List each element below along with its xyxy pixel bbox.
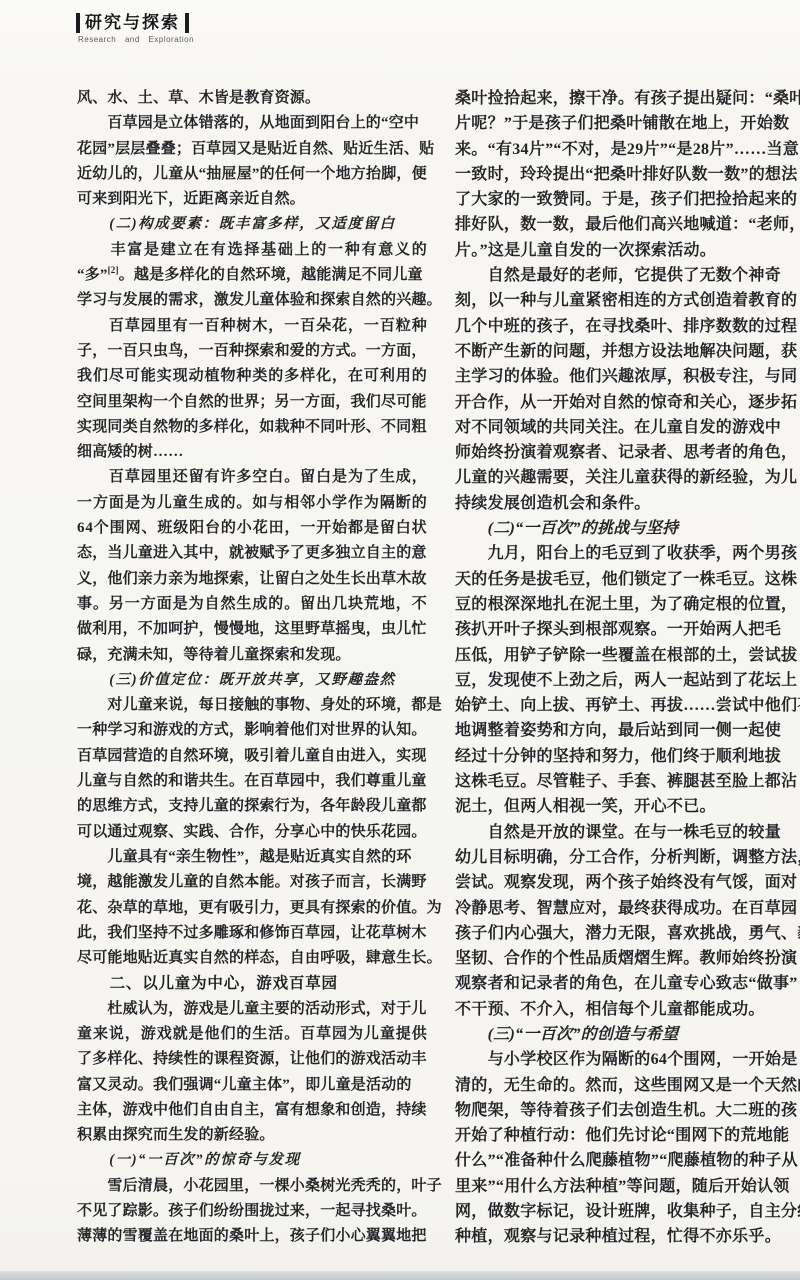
text-line: 片。”这是儿童自发的一次探索活动。 <box>455 238 800 263</box>
text-line: 丰富是建立在有选择基础上的一种有意义的 <box>77 238 427 263</box>
text-line: 自然是最好的老师，它提供了无数个神奇 <box>455 263 800 288</box>
text-line: 碌，充满未知，等待着儿童探索和发现。 <box>77 643 427 668</box>
text-line: 不见了踪影。孩子们纷纷围拢过来，一起寻找桑叶。 <box>77 1199 427 1224</box>
text-line: 花、杂草的草地，更有吸引力，更具有探索的价值。为 <box>77 896 427 921</box>
text-line: 一致时，玲玲提出“把桑叶排好队数一数”的想法 <box>455 162 800 187</box>
text-line: 此，我们坚持不过多雕琢和修饰百草园，让花草树木 <box>77 921 427 946</box>
text-line: 尝试。观察发现，两个孩子始终没有气馁，面对 <box>455 870 800 895</box>
text-line: 几个中班的孩子，在寻找桑叶、排序数数的过程 <box>455 314 800 339</box>
subsection-heading: (二)构成要素：既丰富多样，又适度留白 <box>77 212 427 237</box>
text-line: 一方面是为儿童生成的。如与相邻小学作为隔断的 <box>77 491 427 516</box>
text-line: 对不同领域的共同关注。在儿童自发的游戏中 <box>455 415 800 440</box>
text-line: 尽可能地贴近真实自然的样态，自由呼吸，肆意生长。 <box>77 946 427 971</box>
subsection-heading: (二)“一百次”的挑战与坚持 <box>455 516 800 541</box>
text-line: 细高矮的树…… <box>77 440 427 465</box>
text-line: 坚韧、合作的个性品质熠熠生辉。教师始终扮演 <box>455 946 800 971</box>
section-title-english: Research and Exploration <box>76 35 194 44</box>
text-line: 压低，用铲子铲除一些覆盖在根部的土，尝试拔 <box>455 643 800 668</box>
text-line: 天的任务是拔毛豆，他们锁定了一株毛豆。这株 <box>455 567 800 592</box>
text-line: 64个围网、班级阳台的小花田，一开始都是留白状 <box>77 516 427 541</box>
text-line: 风、水、土、草、木皆是教育资源。 <box>77 86 427 111</box>
text-line: 义，他们亲力亲为地探索，让留白之处生长出草木故 <box>77 567 427 592</box>
text-line: 可以通过观察、实践、合作，分享心中的快乐花园。 <box>77 820 427 845</box>
text-line: 花园”层层叠叠；百草园又是贴近自然、贴近生活、贴 <box>77 137 427 162</box>
text-line: 了多样化、持续性的课程资源，让他们的游戏活动丰 <box>77 1047 427 1072</box>
text-line: 与小学校区作为隔断的64个围网，一开始是 <box>455 1047 800 1072</box>
text-line: 孩扒开叶子探头到根部观察。一开始两人把毛 <box>455 617 800 642</box>
text-line: 片呢？”于是孩子们把桑叶铺散在地上，开始数 <box>455 111 800 136</box>
text-line: 一种学习和游戏的方式，影响着他们对世界的认知。 <box>77 718 427 743</box>
text-line: 这株毛豆。尽管鞋子、手套、裤腿甚至脸上都沾 <box>455 769 800 794</box>
text-line: 地调整着姿势和方向，最后站到同一侧一起使 <box>455 718 800 743</box>
text-line: “多”[2]。越是多样化的自然环境，越能满足不同儿童 <box>77 263 427 288</box>
journal-section-logo: 研究与探索 Research and Exploration <box>76 13 194 44</box>
section-title-chinese: 研究与探索 <box>76 13 189 33</box>
text-line: 百草园是立体错落的，从地面到阳台上的“空中 <box>77 111 427 136</box>
text-line: 豆，发现使不上劲之后，两人一起站到了花坛上 <box>455 668 800 693</box>
text-line: 幼儿目标明确，分工合作，分析判断，调整方法， <box>455 845 800 870</box>
text-line: 主学习的体验。他们兴趣浓厚，积极专注，与同 <box>455 364 800 389</box>
text-line: 可来到阳光下，近距离亲近自然。 <box>77 187 427 212</box>
text-line: 自然是开放的课堂。在与一株毛豆的较量 <box>455 820 800 845</box>
text-line: 豆的根深深地扎在泥土里，为了确定根的位置， <box>455 592 800 617</box>
text-line: 子，一百只虫鸟，一百种探索和爱的方式。一方面， <box>77 339 427 364</box>
text-line: 始铲土、向上拔、再铲土、再拔……尝试中他们不 <box>455 693 800 718</box>
text-line: 儿童与自然的和谐共生。在百草园中，我们尊重儿童 <box>77 769 427 794</box>
text-line: 薄薄的雪覆盖在地面的桑叶上，孩子们小心翼翼地把 <box>77 1224 427 1249</box>
text-line: 孩子们内心强大，潜力无限，喜欢挑战，勇气、毅 <box>455 921 800 946</box>
text-line: 什么”“准备种什么爬藤植物”“爬藤植物的种子从 <box>455 1148 800 1173</box>
text-line: 主体，游戏中他们自由自主，富有想象和创造，持续 <box>77 1098 427 1123</box>
section-heading: 二、以儿童为中心，游戏百草园 <box>77 971 427 996</box>
text-line: 不干预、不介入，相信每个儿童都能成功。 <box>455 997 800 1022</box>
text-line: 里来”“用什么方法种植”等问题，随后开始认领 <box>455 1174 800 1199</box>
text-line: 不断产生新的问题，并想方设法地解决问题，获 <box>455 339 800 364</box>
text-line: 实现同类自然物的多样化，如栽种不同叶形、不同粗 <box>77 415 427 440</box>
right-text-column: 桑叶捡拾起来，擦干净。有孩子提出疑问：“桑叶片呢？”于是孩子们把桑叶铺散在地上，… <box>455 86 800 1250</box>
text-line: 积累由探究而生发的新经验。 <box>77 1123 427 1148</box>
text-line: 冷静思考、智慧应对，最终获得成功。在百草园 <box>455 896 800 921</box>
text-line: 百草园营造的自然环境，吸引着儿童自由进入，实现 <box>77 744 427 769</box>
text-line: 刻，以一种与儿童紧密相连的方式创造着教育的 <box>455 288 800 313</box>
text-line: 事。另一方面是为自然生成的。留出几块荒地，不 <box>77 592 427 617</box>
text-line: 雪后清晨，小花园里，一棵小桑树光秃秃的，叶子 <box>77 1174 427 1199</box>
text-line: 网，做数字标记，设计班牌，收集种子，自主分组 <box>455 1199 800 1224</box>
scan-edge-band <box>0 1271 800 1280</box>
text-line: 童来说，游戏就是他们的生活。百草园为儿童提供 <box>77 1022 427 1047</box>
text-line: 百草园里还留有许多空白。留白是为了生成， <box>77 465 427 490</box>
text-line: 杜威认为，游戏是儿童主要的活动形式，对于儿 <box>77 997 427 1022</box>
text-line: 富又灵动。我们强调“儿童主体”，即儿童是活动的 <box>77 1073 427 1098</box>
text-line: 近幼儿的，儿童从“抽屉屋”的任何一个地方抬脚，便 <box>77 162 427 187</box>
text-line: 空间里架构一个自然的世界；另一方面，我们尽可能 <box>77 390 427 415</box>
text-line: 儿童具有“亲生物性”，越是贴近真实自然的环 <box>77 845 427 870</box>
text-line: 排好队，数一数，最后他们高兴地喊道：“老师， <box>455 212 800 237</box>
text-line: 百草园里有一百种树木，一百朵花，一百粒种 <box>77 314 427 339</box>
text-line: 学习与发展的需求，激发儿童体验和探索自然的兴趣。 <box>77 288 427 313</box>
text-line: 来。“有34片”“不对，是29片”“是28片”……当意 <box>455 137 800 162</box>
journal-page-scan: 研究与探索 Research and Exploration 风、水、土、草、木… <box>0 0 800 1280</box>
text-line: 九月，阳台上的毛豆到了收获季，两个男孩 <box>455 541 800 566</box>
text-line: 我们尽可能实现动植物种类的多样化，在可利用的 <box>77 364 427 389</box>
text-line: 观察者和记录者的角色，在儿童专心致志“做事” <box>455 971 800 996</box>
text-line: 开合作，从一开始对自然的惊奇和关心，逐步拓 <box>455 390 800 415</box>
text-line: 态，当儿童进入其中，就被赋予了更多独立自主的意 <box>77 541 427 566</box>
text-line: 泥土，但两人相视一笑，开心不已。 <box>455 794 800 819</box>
subsection-heading: (三)“一百次”的创造与希望 <box>455 1022 800 1047</box>
text-line: 境，越能激发儿童的自然本能。对孩子而言，长满野 <box>77 870 427 895</box>
text-line: 持续发展创造机会和条件。 <box>455 491 800 516</box>
subsection-heading: (三)价值定位：既开放共享，又野趣盎然 <box>77 668 427 693</box>
left-text-column: 风、水、土、草、木皆是教育资源。 百草园是立体错落的，从地面到阳台上的“空中花园… <box>77 86 427 1250</box>
text-line: 物爬架，等待着孩子们去创造生机。大二班的孩 <box>455 1098 800 1123</box>
text-line: 师始终扮演着观察者、记录者、思考者的角色， <box>455 440 800 465</box>
text-line: 开始了种植行动：他们先讨论“围网下的荒地能 <box>455 1123 800 1148</box>
subsection-heading: (一)“一百次”的惊奇与发现 <box>77 1148 427 1173</box>
text-line: 了大家的一致赞同。于是，孩子们把捡拾起来的 <box>455 187 800 212</box>
text-line: 桑叶捡拾起来，擦干净。有孩子提出疑问：“桑叶 <box>455 86 800 111</box>
text-line: 种植，观察与记录种植过程，忙得不亦乐乎。 <box>455 1224 800 1249</box>
text-line: 对儿童来说，每日接触的事物、身处的环境，都是 <box>77 693 427 718</box>
text-line: 儿童的兴趣需要，关注儿童获得的新经验，为儿 <box>455 465 800 490</box>
text-line: 经过十分钟的坚持和努力，他们终于顺利地拔 <box>455 744 800 769</box>
text-line: 清的，无生命的。然而，这些围网又是一个天然的 <box>455 1073 800 1098</box>
text-line: 做利用，不加呵护，慢慢地，这里野草摇曳，虫儿忙 <box>77 617 427 642</box>
text-line: 的思维方式，支持儿童的探索行为，各年龄段儿童都 <box>77 794 427 819</box>
footnote-reference: [2] <box>108 265 119 275</box>
